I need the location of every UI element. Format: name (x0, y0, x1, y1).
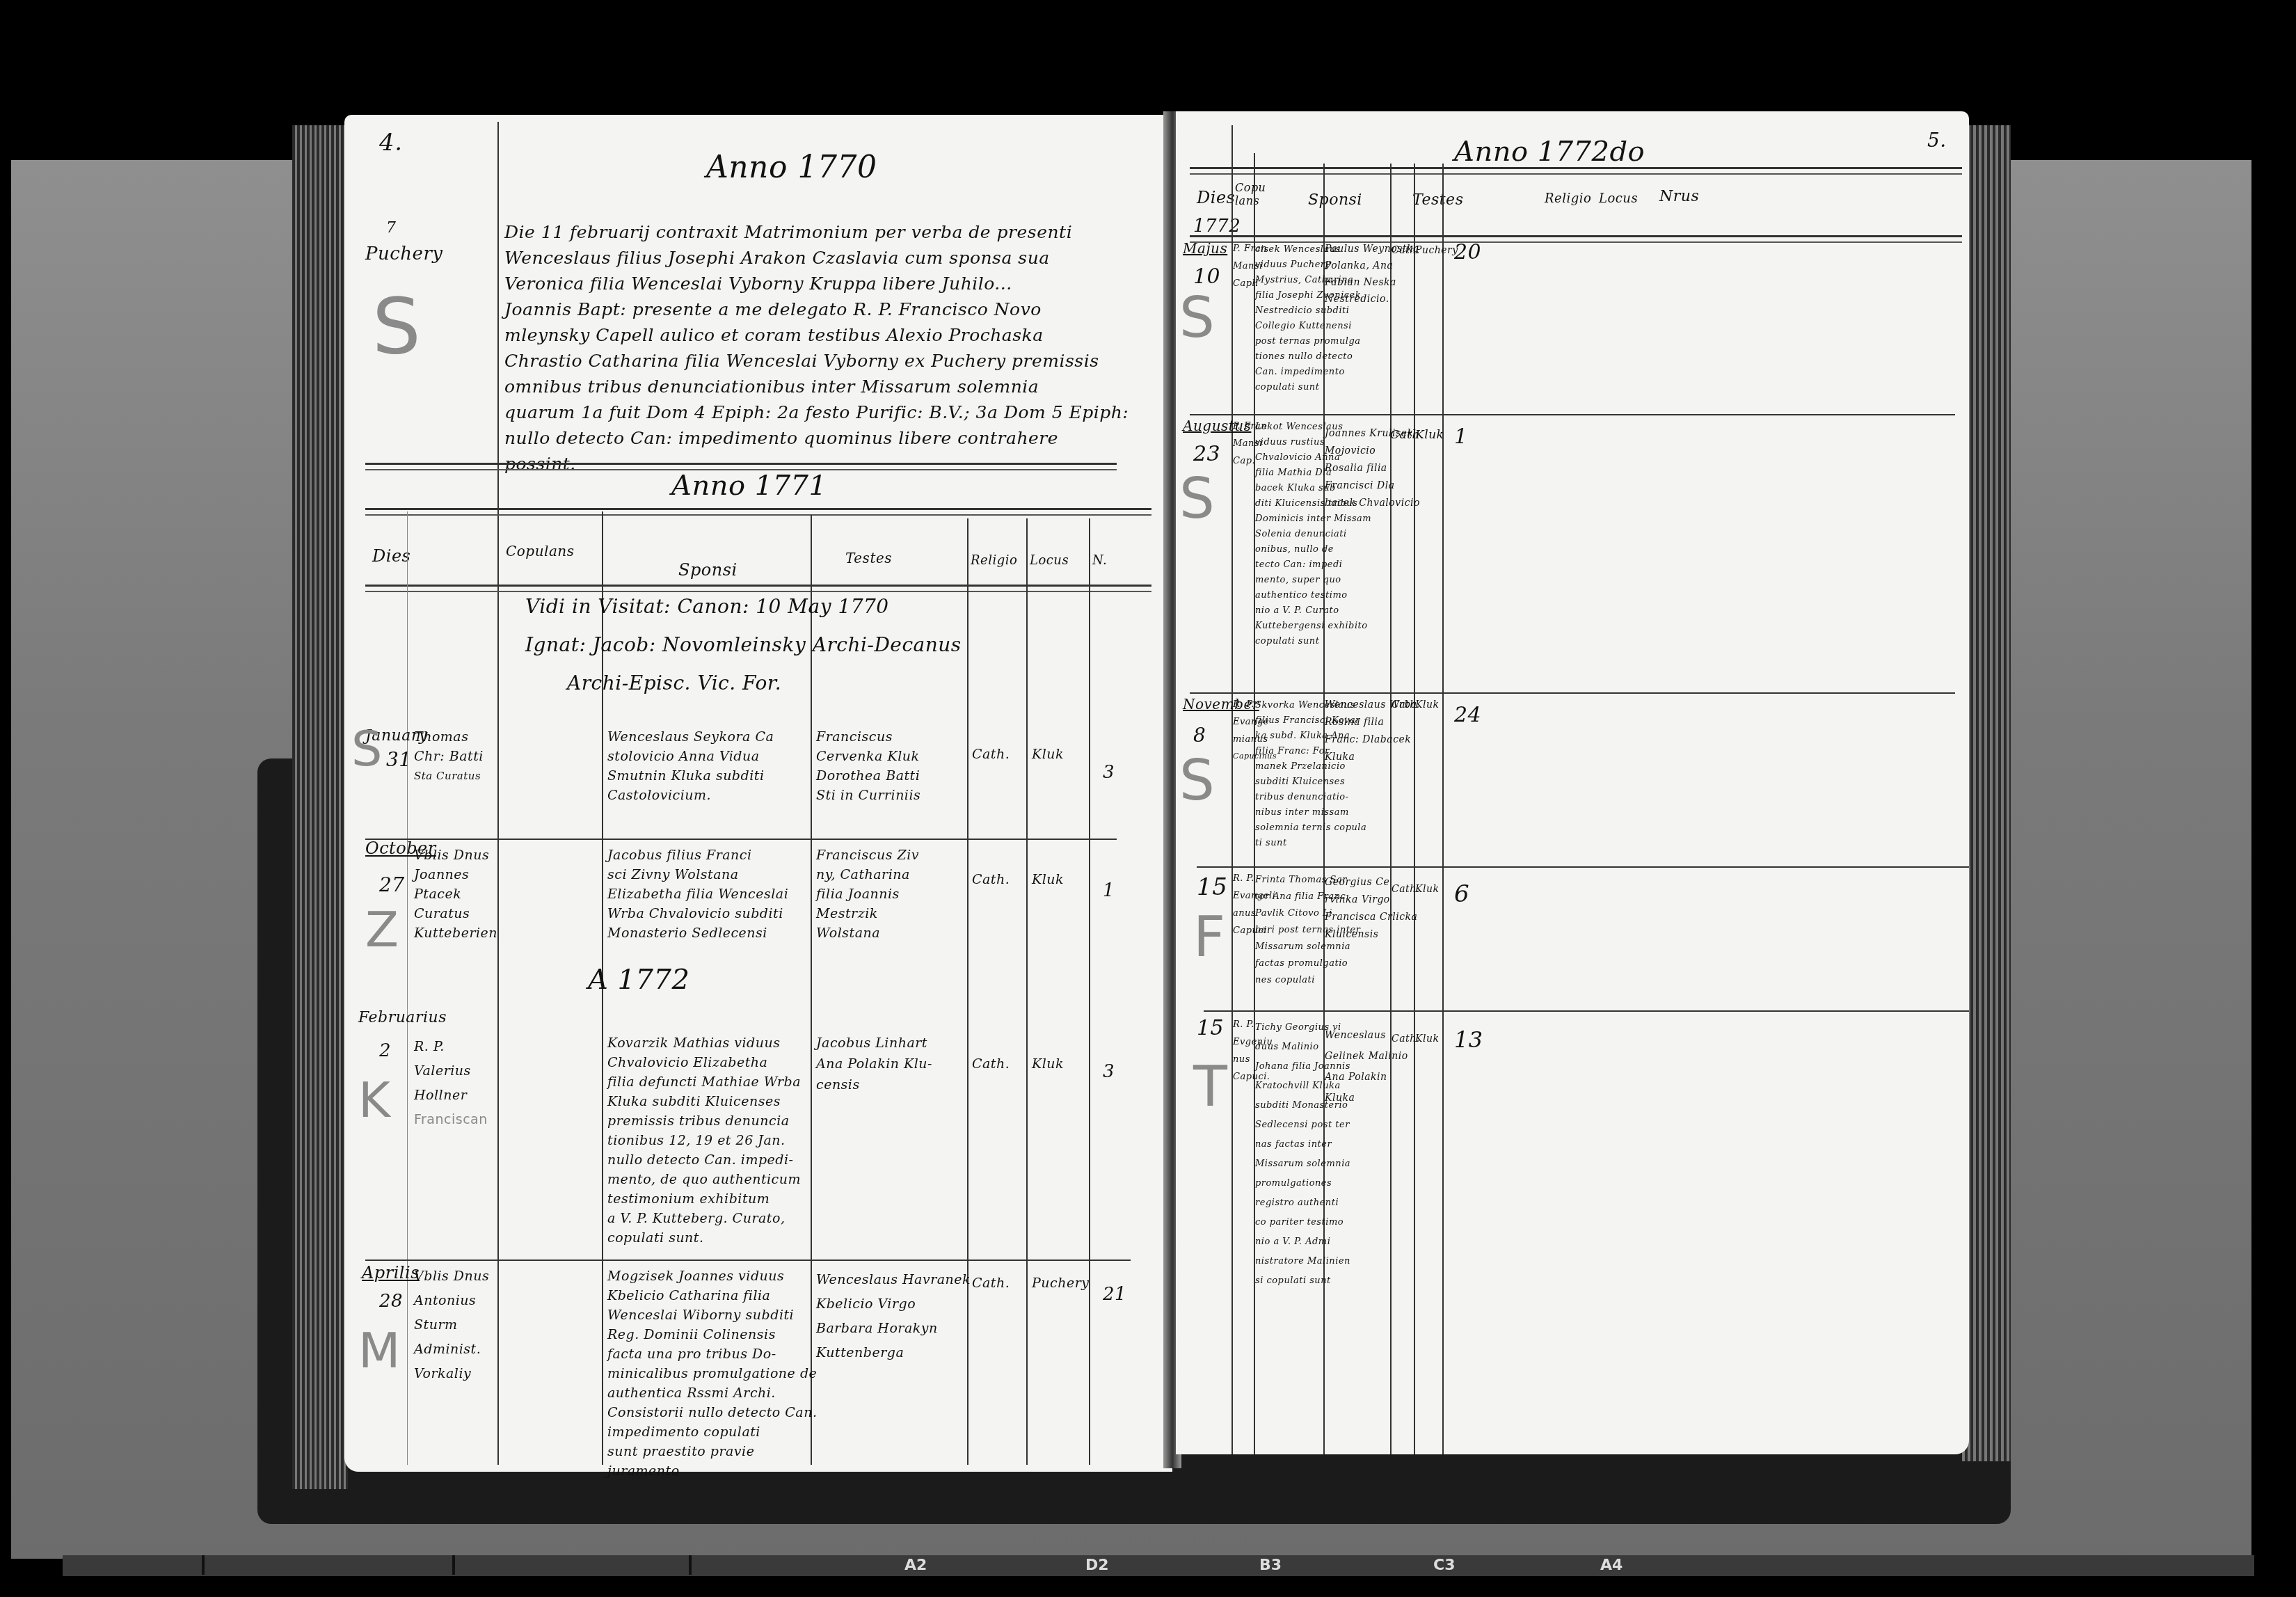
sponsi-line: Reg. Dominii Colinensis (607, 1325, 817, 1344)
sponsi-line: nullo detecto Can. impedi- (607, 1150, 801, 1170)
entry-month: Majus (1183, 240, 1227, 257)
religio-value: Cath. (972, 745, 1010, 764)
col-header-sponsi: Sponsi (1308, 191, 1362, 209)
col-header-copulans: Copulans (506, 543, 575, 559)
testes-line: Mestrzik (816, 904, 878, 923)
testes-line: Cervenka Kluk (816, 747, 919, 766)
ruler-tick (202, 1555, 205, 1575)
copulans-line: anus (1233, 908, 1256, 919)
sponsi-line: Chvalovicio Anna (1255, 450, 1323, 466)
testes-line: filia Joannis (816, 884, 900, 904)
sponsi-line: viduus rustius (1255, 435, 1323, 450)
testes-line: Franc: Dlabacek (1325, 734, 1411, 745)
text-line: nullo detecto Can: impedimento quominus … (504, 425, 1158, 451)
sponsi-block: Skvorka Wenceslaus filius Francisci Kova… (1255, 698, 1323, 851)
sponsi-line: Missarum solemnia (1255, 939, 1323, 955)
testes-line: Francisca Crlicka (1325, 912, 1417, 923)
entry-day: 28 (379, 1291, 403, 1312)
sponsi-line: facta una pro tribus Do- (607, 1344, 817, 1364)
entry-rule (1204, 1010, 1969, 1012)
left-page-edges (292, 125, 348, 1489)
sponsi-line: beri post ternas inter (1255, 922, 1323, 939)
entry-month: Februarius (358, 1009, 447, 1026)
column-rule (1390, 164, 1392, 1454)
sponsi-line: Johana filia Joannis (1255, 1057, 1323, 1076)
visitation-note-line: Ignat: Jacob: Novomleinsky Archi-Decanus (525, 633, 962, 656)
sponsi-line: onibus, nullo de (1255, 542, 1323, 557)
entry-number: 1 (1103, 880, 1115, 901)
sponsi-line: nio a V. P. Curato (1255, 603, 1323, 619)
entry-day: 8 (1193, 724, 1206, 747)
copulans-line: nus (1233, 1054, 1250, 1065)
header-top-rule (365, 508, 1151, 516)
entry-day: 15 (1197, 1016, 1224, 1040)
religio-value: Cath. (972, 1054, 1010, 1074)
sponsi-line: copulati sunt. (607, 1228, 801, 1248)
entry-day: 31 (386, 748, 412, 771)
religio-value: Cath. (972, 1273, 1010, 1293)
sponsi-line: promulgationes (1255, 1174, 1323, 1193)
year-label: 1772 (1193, 216, 1241, 237)
copulans-line: R. P. (1233, 1019, 1254, 1030)
testes-line: Georgius Ce (1325, 877, 1389, 888)
locus-value: Kluk (1032, 870, 1064, 889)
col-header-number: Nrus (1659, 188, 1699, 205)
sponsi-line: Consistorii nullo detecto Can. (607, 1403, 817, 1422)
sponsi-line: authentico testimo (1255, 588, 1323, 603)
testes-line: Rosalia filia (1325, 463, 1387, 474)
testes-line: Francisci Dla (1325, 480, 1395, 491)
sponsi-line: tribus denunciatio- (1255, 790, 1323, 805)
ruler-tick (689, 1555, 692, 1575)
sponsi-block: Kovarzik Mathias viduus Chvalovicio Eliz… (607, 1033, 801, 1248)
sponsi-line: post ternas promulga (1255, 334, 1323, 349)
sponsi-block: Tichy Georgius vi duus Malinio Johana fi… (1255, 1018, 1323, 1291)
sponsi-line: Solenia denunciati (1255, 527, 1323, 542)
sponsi-line: Sedlecensi post ter (1255, 1115, 1323, 1135)
sponsi-line: sunt praestito pravie (607, 1442, 817, 1461)
sponsi-line: ti sunt (1255, 836, 1323, 851)
testes-line: Nestredicio. (1325, 294, 1389, 305)
testes-line: Jacobus Linhart (816, 1033, 927, 1053)
column-rule (1026, 518, 1028, 1465)
text-line: omnibus tribus denunciationibus inter Mi… (504, 374, 1158, 399)
entry-number: 13 (1454, 1026, 1483, 1053)
sponsi-line: co pariter testimo (1255, 1213, 1323, 1232)
entry-margin-letter: S (1179, 285, 1215, 350)
col-header-religio: Religio (971, 553, 1017, 568)
locus-value: Kluk (1415, 699, 1439, 710)
col-header-number: N. (1092, 553, 1107, 568)
testes-line: Franciscus Ziv (816, 845, 919, 865)
testes-line: censis (816, 1075, 860, 1095)
text-line: Chrastio Catharina filia Wenceslai Vybor… (504, 348, 1158, 374)
copulans-line: R. P. (414, 1037, 445, 1056)
sponsi-line: juramento (607, 1461, 817, 1481)
copulans-line: Ptacek (414, 884, 461, 904)
sponsi-line: Nestredicio subditi (1255, 303, 1323, 319)
col-header-testes: Testes (845, 550, 892, 566)
sponsi-line: tionibus 12, 19 et 26 Jan. (607, 1131, 801, 1150)
testes-line: Kuttenberga (816, 1343, 904, 1362)
sponsi-line: testimonium exhibitum (607, 1189, 801, 1209)
entry-margin-place: Puchery (365, 244, 443, 264)
sponsi-block: Lekot Wenceslaus viduus rustius Chvalovi… (1255, 420, 1323, 649)
col-header-locus: Locus (1030, 553, 1069, 568)
right-page: Anno 1772do 5. Dies Copu lans Sponsi Tes… (1176, 111, 1969, 1454)
column-rule (1089, 518, 1090, 1465)
col-header-religio: Religio (1545, 191, 1591, 206)
sponsi-line: Castolovicium. (607, 786, 711, 805)
sponsi-line: Tichy Georgius vi (1255, 1018, 1323, 1038)
locus-value: Kluk (1415, 1033, 1439, 1044)
entry-rule (1190, 414, 1955, 415)
sponsi-line: Lekot Wenceslaus (1255, 420, 1323, 435)
sponsi-line: filia Franc: For (1255, 744, 1323, 759)
sponsi-line: duus Malinio (1255, 1038, 1323, 1057)
entry-margin-number: 7 (386, 219, 397, 237)
sponsi-line: Kluka subditi Kluicenses (607, 1092, 801, 1111)
testes-line: ny, Catharina (816, 865, 910, 884)
sponsi-line: Collegio Kuttenensi (1255, 319, 1323, 334)
copulans-line: Franciscan (414, 1110, 488, 1129)
entry-day: 15 (1197, 873, 1227, 901)
entry-number: 24 (1454, 703, 1481, 727)
entry-number: 20 (1454, 240, 1481, 264)
year-heading-1770: Anno 1770 (706, 150, 877, 185)
visitation-note-line: Archi-Episc. Vic. For. (567, 672, 781, 694)
text-line: quarum 1a fuit Dom 4 Epiph: 2a festo Pur… (504, 399, 1158, 425)
sponsi-line: Can. impedimento (1255, 365, 1323, 380)
copulans-line: Sta Curatus (414, 766, 481, 786)
sponsi-line: viduus Puchery (1255, 257, 1323, 273)
locus-value: Kluk (1415, 884, 1439, 895)
sponsi-line: factas promulgatio (1255, 955, 1323, 972)
sponsi-line: si copulati sunt (1255, 1271, 1323, 1291)
col-header-locus: Locus (1599, 191, 1638, 206)
sponsi-line: filia defuncti Mathiae Wrba (607, 1072, 801, 1092)
col-header-copulans: Copu lans (1235, 181, 1263, 207)
sponsi-line: impedimento copulati (607, 1422, 817, 1442)
copulans-line: Antonius (414, 1291, 476, 1310)
sponsi-line: Kbelicio Catharina filia (607, 1286, 817, 1305)
sponsi-line: a V. P. Kutteberg. Curato, (607, 1209, 801, 1228)
sponsi-line: Pavlik Citovo Li (1255, 905, 1323, 922)
sponsi-line: Chvalovicio Elizabetha (607, 1053, 801, 1072)
testes-line: Ana Polakin (1325, 1072, 1387, 1083)
testes-line: Dorothea Batti (816, 766, 920, 786)
sponsi-line: filia Mathia Dla (1255, 466, 1323, 481)
entry-number: 3 (1103, 1061, 1115, 1082)
entry-margin-letter: S (372, 282, 421, 371)
entry-number: 1 (1454, 424, 1468, 449)
margin-rule (497, 122, 499, 1465)
locus-value: Puchery (1032, 1273, 1089, 1293)
copulans-line: Vorkaliy (414, 1364, 471, 1383)
col-header-dies: Dies (372, 546, 410, 566)
testes-line: Kbelicio Virgo (816, 1294, 916, 1314)
film-strip-ruler: A2 D2 B3 C3 A4 (63, 1555, 2254, 1576)
column-rule (967, 518, 968, 1465)
testes-line: Kluka (1325, 752, 1355, 763)
sponsi-line: Elizabetha filia Wenceslai (607, 884, 788, 904)
ruler-label: D2 (1085, 1557, 1109, 1574)
sponsi-line: Monasterio Sedlecensi (607, 923, 767, 943)
column-rule (1231, 125, 1233, 1454)
copulans-line: R. P. (1233, 873, 1254, 884)
sponsi-line: authentica Rssmi Archi. (607, 1383, 817, 1403)
entry-margin-letter: S (1179, 466, 1215, 531)
sponsi-line: premissis tribus denuncia (607, 1111, 801, 1131)
ruler-label: C3 (1433, 1557, 1455, 1574)
sponsi-line: diti Kluicensis tribus (1255, 496, 1323, 511)
locus-value: Kluk (1032, 1054, 1064, 1074)
ruler-label: A4 (1600, 1557, 1623, 1574)
sponsi-line: mento, super quo (1255, 573, 1323, 588)
column-rule (407, 511, 408, 1465)
copulans-line: Sturm (414, 1315, 458, 1335)
ruler-tick (452, 1555, 455, 1575)
testes-line: Ana Polakin Klu- (816, 1054, 932, 1074)
copulans-line: Kutteberien (414, 923, 497, 943)
copulans-line: Thomas (414, 727, 468, 747)
header-top-rule (1190, 167, 1962, 175)
sponsi-line: Wenceslaus Seykora Ca (607, 727, 774, 747)
sponsi-line: Mystrius, Catharina (1255, 273, 1323, 288)
entry-margin-letter: F (1193, 905, 1226, 969)
testes-line: bacek Chvalovicio (1325, 498, 1420, 509)
entry-number: 3 (1103, 762, 1115, 783)
left-page: 4. Anno 1770 7 Puchery S Die 11 februari… (344, 115, 1172, 1472)
sponsi-line: nio a V. P. Admi (1255, 1232, 1323, 1252)
religio-value: Cath. (972, 870, 1010, 889)
sponsi-line: filia Josephi Zvonicek (1255, 288, 1323, 303)
testes-line: Rosina filia (1325, 717, 1384, 728)
testes-line: Wolstana (816, 923, 880, 943)
sponsi-line: Wrba Chvalovicio subditi (607, 904, 783, 923)
testes-line: Gelinek Malinio (1325, 1051, 1408, 1062)
sponsi-line: Kovarzik Mathias viduus (607, 1033, 801, 1053)
sponsi-line: Missarum solemnia (1255, 1154, 1323, 1174)
sponsi-block: Frinta Thomas Sar tor Ana filia Franc. P… (1255, 872, 1323, 989)
copulans-line: Curatus (414, 904, 470, 923)
sponsi-line: mento, de quo authenticum (607, 1170, 801, 1189)
right-page-number: 5. (1927, 129, 1947, 152)
sponsi-line: subditi Kluicenses (1255, 774, 1323, 790)
sponsi-line: stolovicio Anna Vidua (607, 747, 760, 766)
testes-line: Kluka (1325, 1093, 1355, 1104)
copulans-line: Joannes (414, 865, 469, 884)
copulans-line: Administ. (414, 1340, 481, 1359)
sponsi-line: Smutnin Kluka subditi (607, 766, 764, 786)
entry-number: 21 (1103, 1284, 1126, 1305)
copulans-line: Cap. (1233, 456, 1255, 466)
sponsi-line: copulati sunt (1255, 380, 1323, 395)
sponsi-line: Mogzisek Joannes viduus (607, 1266, 817, 1286)
testes-line: Sti in Curriniis (816, 786, 920, 805)
entry-margin-letter: S (351, 720, 383, 777)
entry-margin-letter: S (1179, 748, 1215, 813)
copulans-line: Chr: Batti (414, 747, 484, 766)
copulans-line: Valerius (414, 1061, 471, 1081)
sponsi-line: nes copulati (1255, 972, 1323, 989)
header-bottom-rule (365, 585, 1151, 592)
testes-line: Wenceslaus Havranek (816, 1270, 971, 1289)
text-line: Die 11 februarij contraxit Matrimonium p… (504, 219, 1158, 245)
testes-line: rvinka Virgo (1325, 894, 1390, 905)
testes-line: Fabian Neska (1325, 277, 1396, 288)
copulans-line: Hollner (414, 1086, 467, 1105)
column-rule (1442, 164, 1444, 1454)
sponsi-line: Jacobus filius Franci (607, 845, 752, 865)
visitation-note-line: Vidi in Visitat: Canon: 10 May 1770 (525, 595, 889, 618)
ruler-label: A2 (904, 1557, 927, 1574)
copulans-line: Vblis Dnus (414, 845, 489, 865)
testes-line: Mojovicio (1325, 445, 1376, 456)
sponsi-line: manek Przelanicio (1255, 759, 1323, 774)
testes-line: Kluicensis (1325, 929, 1378, 940)
text-line: Wenceslaus filius Josephi Arakon Czaslav… (504, 245, 1158, 271)
sponsi-block: Mogzisek Joannes viduus Kbelicio Cathari… (607, 1266, 817, 1481)
text-line: mleynsky Capell aulico et coram testibus… (504, 322, 1158, 348)
testes-line: Wenceslaus (1325, 1030, 1386, 1041)
entry-rule (365, 1260, 1131, 1261)
sponsi-line: registro authenti (1255, 1193, 1323, 1213)
sponsi-line: filius Francisci Kovar (1255, 713, 1323, 729)
sponsi-line: Kuttebergensi exhibito (1255, 619, 1323, 634)
year-heading-1771: Anno 1771 (671, 470, 827, 502)
sponsi-line: tor Ana filia Franc. (1255, 889, 1323, 905)
sponsi-line: Skvorka Wenceslaus (1255, 698, 1323, 713)
ruler-label: B3 (1259, 1557, 1282, 1574)
locus-value: Kluk (1032, 745, 1064, 764)
entry-1770-body: Die 11 februarij contraxit Matrimonium p… (504, 219, 1158, 477)
right-page-edges (1962, 125, 2011, 1461)
col-header-dies: Dies (1197, 188, 1235, 207)
testes-line: Polanka, Ana (1325, 260, 1393, 271)
col-header-testes: Testes (1412, 191, 1463, 209)
entry-month: Aprilis (362, 1263, 420, 1282)
col-header-sponsi: Sponsi (678, 560, 738, 580)
sponsi-line: subditi Monasterio (1255, 1096, 1323, 1115)
entry-rule (1190, 692, 1955, 694)
sponsi-line: Kratochvill Kluka (1255, 1076, 1323, 1096)
copulans-line: Vblis Dnus (414, 1266, 489, 1286)
sponsi-line: ka subd. Kluka Ana (1255, 729, 1323, 744)
entry-day: 27 (379, 873, 405, 896)
testes-line: Barbara Horakyn (816, 1319, 938, 1338)
sponsi-line: minicalibus promulgatione de (607, 1364, 817, 1383)
sponsi-line: tecto Can: impedi (1255, 557, 1323, 573)
entry-day: 23 (1193, 442, 1220, 466)
year-heading-1772: A 1772 (588, 964, 689, 996)
text-line: Veronica filia Wenceslai Vyborny Kruppa … (504, 271, 1158, 296)
sponsi-line: nistratore Malinien (1255, 1252, 1323, 1271)
sponsi-line: cisek Wenceslaus (1255, 242, 1323, 257)
testes-line: Franciscus (816, 727, 893, 747)
sponsi-line: sci Zivny Wolstana (607, 865, 739, 884)
sponsi-line: copulati sunt (1255, 634, 1323, 649)
sponsi-line: Dominicis inter Missam (1255, 511, 1323, 527)
entry-margin-letter: T (1193, 1054, 1227, 1119)
entry-margin-letter: Z (365, 901, 399, 958)
entry-day: 2 (379, 1040, 391, 1061)
sponsi-line: nibus inter missam (1255, 805, 1323, 820)
copulans-line: R. P. (1233, 699, 1254, 710)
sponsi-line: tiones nullo detecto (1255, 349, 1323, 365)
entry-rule (1197, 866, 1969, 868)
sponsi-line: nas factas inter (1255, 1135, 1323, 1154)
text-line: Joannis Bapt: presente a me delegato R. … (504, 296, 1158, 322)
entry-number: 6 (1454, 880, 1469, 908)
entry-margin-letter: M (358, 1322, 401, 1379)
right-year-heading: Anno 1772do (1454, 136, 1645, 168)
sponsi-block: cisek Wenceslaus viduus Puchery Mystrius… (1255, 242, 1323, 395)
sponsi-line: bacek Kluka sub (1255, 481, 1323, 496)
entry-margin-letter: K (358, 1072, 390, 1129)
sponsi-line: Wenceslai Wiborny subditi (607, 1305, 817, 1325)
sponsi-line: solemnia ternis copula (1255, 820, 1323, 836)
column-rule (1414, 164, 1415, 1454)
sponsi-line: Frinta Thomas Sar (1255, 872, 1323, 889)
locus-value: Kluk (1415, 428, 1444, 442)
locus-value: Puchery (1415, 245, 1458, 256)
entry-rule (365, 839, 1117, 840)
left-page-number: 4. (379, 129, 402, 157)
